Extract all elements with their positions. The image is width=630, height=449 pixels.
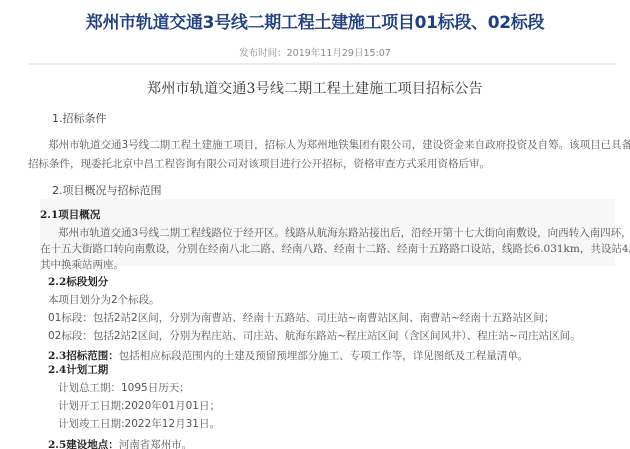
scope-row: 2.3招标范围：包括相应标段范围内的土建及预留预埋部分施工、专项工作等，详见图纸… [48,344,528,363]
lot-01: 01标段：包括2站2区间，分别为南曹站、经南十五路站、司庄站~南曹站区间、南曹站… [48,310,554,325]
section1-line2: 招标条件，现委托北京中昌工程咨询有限公司对该项目进行公开招标，资格审查方式采用资… [28,156,490,171]
lot-02: 02标段：包括2站2区间，分别为程庄站、司庄站、航海东路站~程庄站区间（含区间风… [48,328,581,343]
location-label: 2.5建设地点： [48,439,119,449]
document-title: 郑州市轨道交通3号线二期工程土建施工项目招标公告 [0,78,630,98]
subsection-heading-2-2: 2.2标段划分 [48,274,108,289]
subsection-heading-2-1: 2.1项目概况 [40,207,100,222]
page-title: 郑州市轨道交通3号线二期工程土建施工项目01标段、02标段 [0,8,630,33]
scope-text: 包括相应标段范围内的土建及预留预埋部分施工、专项工作等，详见图纸及工程量清单。 [119,350,529,362]
section-heading-2: 2.项目概况与招标范围 [52,182,162,198]
location-row: 2.5建设地点：河南省郑州市。 [48,433,192,449]
section1-line1: 郑州市轨道交通3号线二期工程土建施工项目，招标人为郑州地铁集团有限公司，建设资金… [48,137,630,152]
total-duration: 计划总工期：1095日历天； [58,380,190,395]
overview-line1: 郑州市轨道交通3号线二期工程线路位于经开区。线路从航海东路站接出后，沿经开第十七… [58,225,630,240]
divider [28,63,616,65]
location-text: 河南省郑州市。 [119,439,193,449]
end-date: 计划竣工日期:2022年12月31日。 [58,416,220,431]
lots-intro: 本项目划分为2个标段。 [48,292,160,307]
overview-line2: 在十五大街路口转向南敷设，分别在经南八北二路、经南八路、经南十二路、经南十五路路… [40,241,630,256]
start-date: 计划开工日期:2020年01月01日； [58,398,220,413]
subsection-heading-2-4: 2.4计划工期 [48,362,108,377]
publish-time: 发布时间：2019年11月29日15:07 [0,45,630,59]
scope-label: 2.3招标范围： [48,350,119,362]
overview-line3: 其中换乘站两座。 [40,257,124,272]
section-heading-1: 1.招标条件 [52,110,107,126]
